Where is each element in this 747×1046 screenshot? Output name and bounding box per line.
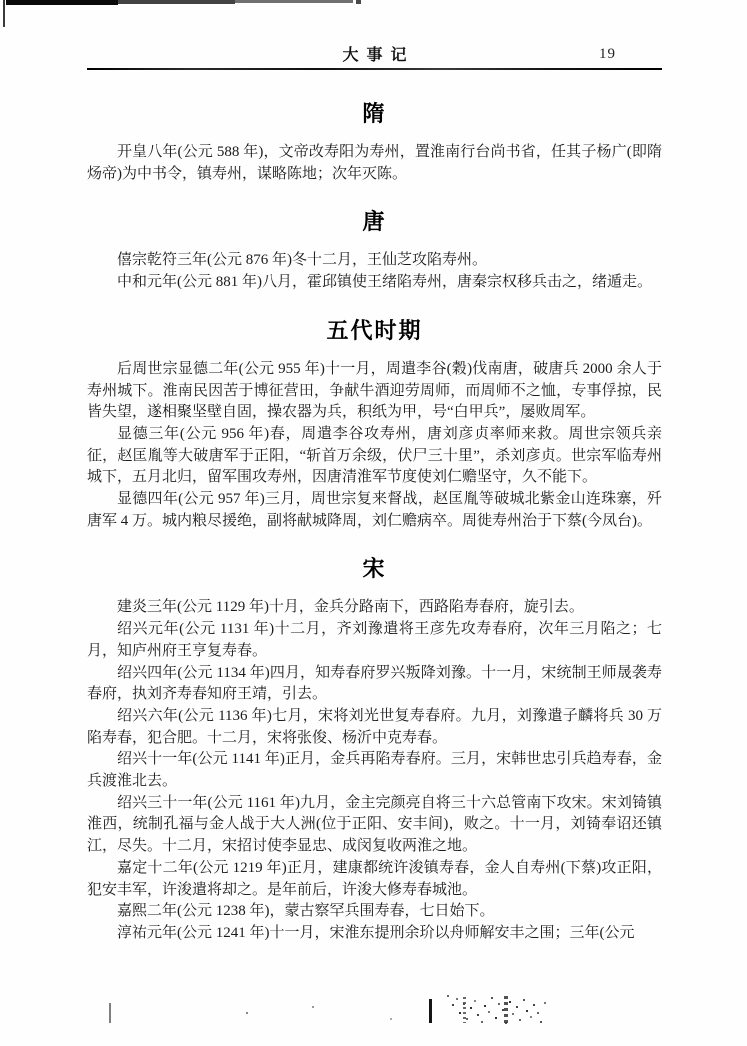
paragraph: 绍兴三十一年(公元 1161 年)九月，金主完颜亮自将三十六总管南下攻宋。宋刘锜…: [87, 793, 662, 858]
scan-artifact-left-edge: [3, 0, 5, 27]
scan-artifact-dot: [312, 1006, 314, 1008]
paragraph: 嘉熙二年(公元 1238 年)，蒙古察罕兵围寿春，七日始下。: [87, 901, 662, 923]
running-header: 大事记 19: [87, 0, 662, 61]
scan-artifact-tick: [109, 1003, 111, 1023]
paragraph: 显德三年(公元 956 年)春，周遣李谷攻寿州，唐刘彦贞率师来救。周世宗领兵亲征…: [87, 424, 662, 489]
scan-artifact-noise: [447, 995, 449, 997]
scan-artifact-tick: [429, 999, 432, 1023]
paragraph: 开皇八年(公元 588 年)，文帝改寿阳为寿州，置淮南行台尚书省，任其子杨广(即…: [87, 142, 662, 185]
scan-artifact-noise: [504, 996, 508, 1024]
paragraph: 显德四年(公元 957 年)三月，周世宗复来督战，赵匡胤等破城北紫金山连珠寨，歼…: [87, 489, 662, 532]
paragraph: 僖宗乾符三年(公元 876 年)冬十二月，王仙芝攻陷寿州。: [87, 250, 662, 272]
page-content: 大事记 19 隋开皇八年(公元 588 年)，文帝改寿阳为寿州，置淮南行台尚书省…: [87, 0, 662, 945]
scan-artifact-noise: [463, 997, 466, 1023]
paragraph: 嘉定十二年(公元 1219 年)正月，建康都统许浚镇寿春，金人自寿州(下蔡)攻正…: [87, 858, 662, 901]
paragraph: 绍兴十一年(公元 1141 年)正月，金兵再陷寿春府。三月，宋韩世忠引兵趋寿春，…: [87, 749, 662, 792]
section-heading: 宋: [87, 554, 662, 583]
scan-artifact-dot: [390, 1018, 392, 1020]
paragraph: 绍兴六年(公元 1136 年)七月，宋将刘光世复寿春府。九月，刘豫遣子麟将兵 3…: [87, 706, 662, 749]
section-heading: 唐: [87, 207, 662, 236]
paragraph: 中和元年(公元 881 年)八月，霍邱镇使王绪陷寿州，唐秦宗权移兵击之，绪遁走。: [87, 272, 662, 294]
paragraph: 建炎三年(公元 1129 年)十月，金兵分路南下，西路陷寿春府，旋引去。: [87, 597, 662, 619]
section-heading: 隋: [87, 99, 662, 128]
paragraph: 绍兴四年(公元 1134 年)四月，知寿春府罗兴叛降刘豫。十一月，宋统制王师晟袭…: [87, 663, 662, 706]
paragraph: 后周世宗显德二年(公元 955 年)十一月，周遣李谷(穀)伐南唐，破唐兵 200…: [87, 359, 662, 424]
page-number: 19: [599, 46, 616, 63]
paragraph: 淳祐元年(公元 1241 年)十一月，宋淮东提刑余玠以舟师解安丰之围；三年(公元: [87, 923, 662, 945]
chronicle-sections: 隋开皇八年(公元 588 年)，文帝改寿阳为寿州，置淮南行台尚书省，任其子杨广(…: [87, 99, 662, 945]
section-heading: 五代时期: [87, 316, 662, 345]
paragraph: 绍兴元年(公元 1131 年)十二月，齐刘豫遣将王彦先攻寿春府，次年三月陷之；七…: [87, 619, 662, 662]
header-rule: [87, 68, 662, 70]
page-header-title: 大事记: [334, 47, 414, 64]
scan-artifact-dot: [246, 1012, 248, 1014]
scanned-book-page: 大事记 19 隋开皇八年(公元 588 年)，文帝改寿阳为寿州，置淮南行台尚书省…: [0, 0, 747, 1046]
